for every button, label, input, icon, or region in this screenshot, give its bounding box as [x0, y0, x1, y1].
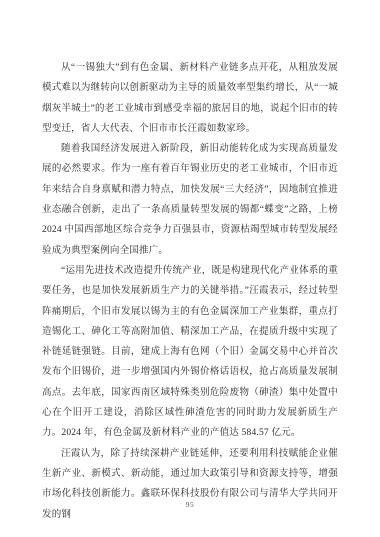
- page-number: 95: [0, 500, 380, 509]
- body-paragraph: 随着我国经济发展进入新阶段，新旧动能转化成为实现高质量发展的必然要求。作为一座有…: [42, 139, 338, 261]
- body-paragraph: 从“一锡独大”到有色金属、新材料产业链多点开花，从粗放发展模式难以为继转向以创新…: [42, 58, 338, 139]
- document-page: 从“一锡独大”到有色金属、新材料产业链多点开花，从粗放发展模式难以为继转向以创新…: [0, 0, 380, 537]
- body-paragraph: “运用先进技术改造提升传统产业，既是构建现代化产业体系的重要任务，也是加快发展新…: [42, 261, 338, 444]
- body-paragraph: 汪霞认为，除了持续深耕产业链延伸，还要利用科技赋能企业催生新产业、新模式、新动能…: [42, 444, 338, 525]
- page-body-text: 从“一锡独大”到有色金属、新材料产业链多点开花，从粗放发展模式难以为继转向以创新…: [42, 58, 338, 525]
